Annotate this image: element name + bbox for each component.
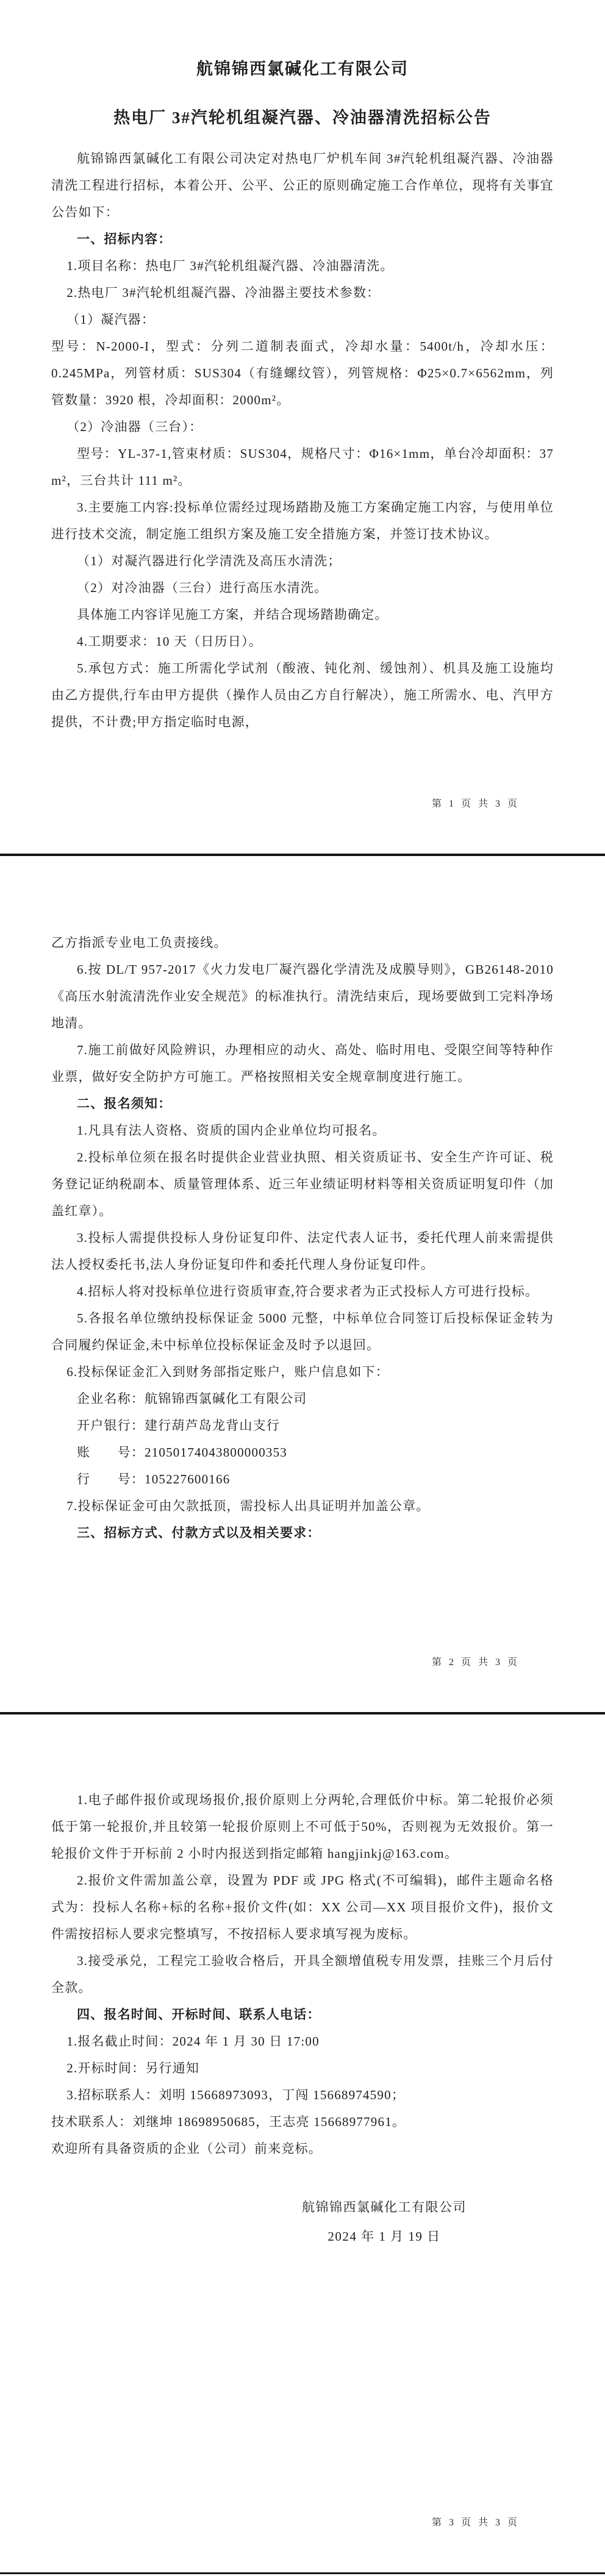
- page-3: 1.电子邮件报价或现场报价,报价原则上分两轮,合理低价中标。第二轮报价必须低于第…: [0, 1714, 605, 2574]
- paragraph-review: 4.招标人将对投标单位进行资质审查,符合要求者为正式投标人方可进行投标。: [51, 1278, 554, 1305]
- document-title-subject: 热电厂 3#汽轮机组凝汽器、冷油器清洗招标公告: [51, 107, 554, 128]
- section-heading-2: 二、报名须知：: [51, 1090, 554, 1117]
- signature-date: 2024 年 1 月 19 日: [302, 2222, 467, 2251]
- section-heading-4: 四、报名时间、开标时间、联系人电话：: [51, 2001, 554, 2028]
- paragraph-work-item-1: （1）对凝汽器进行化学清洗及高压水清洗；: [51, 548, 554, 574]
- paragraph-tech-contacts: 技术联系人：刘继坤 18698950685，王志亮 15668977961。: [51, 2108, 554, 2135]
- paragraph-contract-mode: 5.承包方式：施工所需化学试剂（酸液、钝化剂、缓蚀剂）、机具及施工设施均由乙方提…: [51, 655, 554, 735]
- paragraph-intro: 航锦锦西氯碱化工有限公司决定对热电厂炉机车间 3#汽轮机组凝汽器、冷油器清洗工程…: [51, 145, 554, 226]
- document-scan: 航锦锦西氯碱化工有限公司 热电厂 3#汽轮机组凝汽器、冷油器清洗招标公告 航锦锦…: [0, 0, 605, 2576]
- paragraph-deposit: 5.各报名单位缴纳投标保证金 5000 元整，中标单位合同签订后投标保证金转为合…: [51, 1305, 554, 1358]
- section-heading-1: 一、招标内容：: [51, 226, 554, 252]
- paragraph-payment: 3.接受承兑，工程完工验收合格后，开具全额增值税专用发票，挂账三个月后付全款。: [51, 1947, 554, 2001]
- paragraph-account-intro: 6.投标保证金汇入到财务部指定账户，账户信息如下：: [51, 1358, 554, 1385]
- section-heading-3: 三、招标方式、付款方式以及相关要求：: [51, 1519, 554, 1546]
- paragraph-condenser-spec: 型号：N-2000-I，型式：分列二道制表面式，冷却水量：5400t/h，冷却水…: [51, 333, 554, 413]
- paragraph-bank-number: 行 号：105227600166: [51, 1466, 554, 1493]
- paragraph-tender-contacts: 3.招标联系人：刘明 15668973093，丁闯 15668974590；: [51, 2082, 554, 2108]
- page-1: 航锦锦西氯碱化工有限公司 热电厂 3#汽轮机组凝汽器、冷油器清洗招标公告 航锦锦…: [0, 0, 605, 856]
- paragraph-welcome: 欢迎所有具备资质的企业（公司）前来竞标。: [51, 2135, 554, 2162]
- paragraph-qualification: 2.投标单位须在报名时提供企业营业执照、相关资质证书、安全生产许可证、税务登记证…: [51, 1144, 554, 1224]
- paragraph-work-content: 3.主要施工内容:投标单位需经过现场踏勘及施工方案确定施工内容，与使用单位进行技…: [51, 494, 554, 548]
- paragraph-bid-opening: 2.开标时间：另行通知: [51, 2055, 554, 2082]
- paragraph-bank-name: 开户银行：建行葫芦岛龙背山支行: [51, 1412, 554, 1439]
- page-footer-1: 第 1 页 共 3 页: [432, 796, 520, 810]
- paragraph-deposit-offset: 7.投标保证金可由欠款抵顶，需投标人出具证明并加盖公章。: [51, 1493, 554, 1519]
- paragraph-work-item-2: （2）对冷油器（三台）进行高压水清洗。: [51, 574, 554, 601]
- paragraph-work-detail: 具体施工内容详见施工方案，并结合现场踏勘确定。: [51, 601, 554, 628]
- paragraph-condenser-label: （1）凝汽器：: [51, 306, 554, 333]
- paragraph-oilcooler-spec: 型号：YL-37-1,管束材质：SUS304，规格尺寸：Φ16×1mm，单台冷却…: [51, 440, 554, 494]
- page-2-body: 乙方指派专业电工负责接线。 6.按 DL/T 957-2017《火力发电厂凝汽器…: [51, 929, 554, 1546]
- page-1-body: 航锦锦西氯碱化工有限公司决定对热电厂炉机车间 3#汽轮机组凝汽器、冷油器清洗工程…: [51, 145, 554, 735]
- page-3-body: 1.电子邮件报价或现场报价,报价原则上分两轮,合理低价中标。第二轮报价必须低于第…: [51, 1786, 554, 2162]
- paragraph-id-documents: 3.投标人需提供投标人身份证复印件、法定代表人证书，委托代理人前来需提供法人授权…: [51, 1224, 554, 1278]
- paragraph-standards: 6.按 DL/T 957-2017《火力发电厂凝汽器化学清洗及成膜导则》，GB2…: [51, 956, 554, 1036]
- paragraph-quotation-format: 2.报价文件需加盖公章，设置为 PDF 或 JPG 格式(不可编辑)，邮件主题命…: [51, 1867, 554, 1947]
- page-2: 乙方指派专业电工负责接线。 6.按 DL/T 957-2017《火力发电厂凝汽器…: [0, 856, 605, 1714]
- signature-block: 航锦锦西氯碱化工有限公司 2024 年 1 月 19 日: [302, 2192, 467, 2251]
- paragraph-oilcooler-label: （2）冷油器（三台）：: [51, 413, 554, 440]
- document-title-company: 航锦锦西氯碱化工有限公司: [51, 59, 554, 79]
- paragraph-eligibility: 1.凡具有法人资格、资质的国内企业单位均可报名。: [51, 1117, 554, 1144]
- paragraph-account-number: 账 号：21050174043800000353: [51, 1439, 554, 1466]
- paragraph-signup-deadline: 1.报名截止时间：2024 年 1 月 30 日 17:00: [51, 2028, 554, 2055]
- paragraph-tech-params: 2.热电厂 3#汽轮机组凝汽器、冷油器主要技术参数：: [51, 279, 554, 306]
- paragraph-project-name: 1.项目名称：热电厂 3#汽轮机组凝汽器、冷油器清洗。: [51, 252, 554, 279]
- paragraph-quotation-rounds: 1.电子邮件报价或现场报价,报价原则上分两轮,合理低价中标。第二轮报价必须低于第…: [51, 1786, 554, 1867]
- page-footer-2: 第 2 页 共 3 页: [432, 1654, 520, 1668]
- paragraph-duration: 4.工期要求：10 天（日历日）。: [51, 628, 554, 655]
- paragraph-safety: 7.施工前做好风险辨识，办理相应的动火、高处、临时用电、受限空间等特种作业票，做…: [51, 1036, 554, 1090]
- signature-company: 航锦锦西氯碱化工有限公司: [302, 2192, 467, 2222]
- page-footer-3: 第 3 页 共 3 页: [432, 2514, 520, 2528]
- paragraph-electric-wiring: 乙方指派专业电工负责接线。: [51, 929, 554, 956]
- paragraph-company-name: 企业名称：航锦锦西氯碱化工有限公司: [51, 1385, 554, 1412]
